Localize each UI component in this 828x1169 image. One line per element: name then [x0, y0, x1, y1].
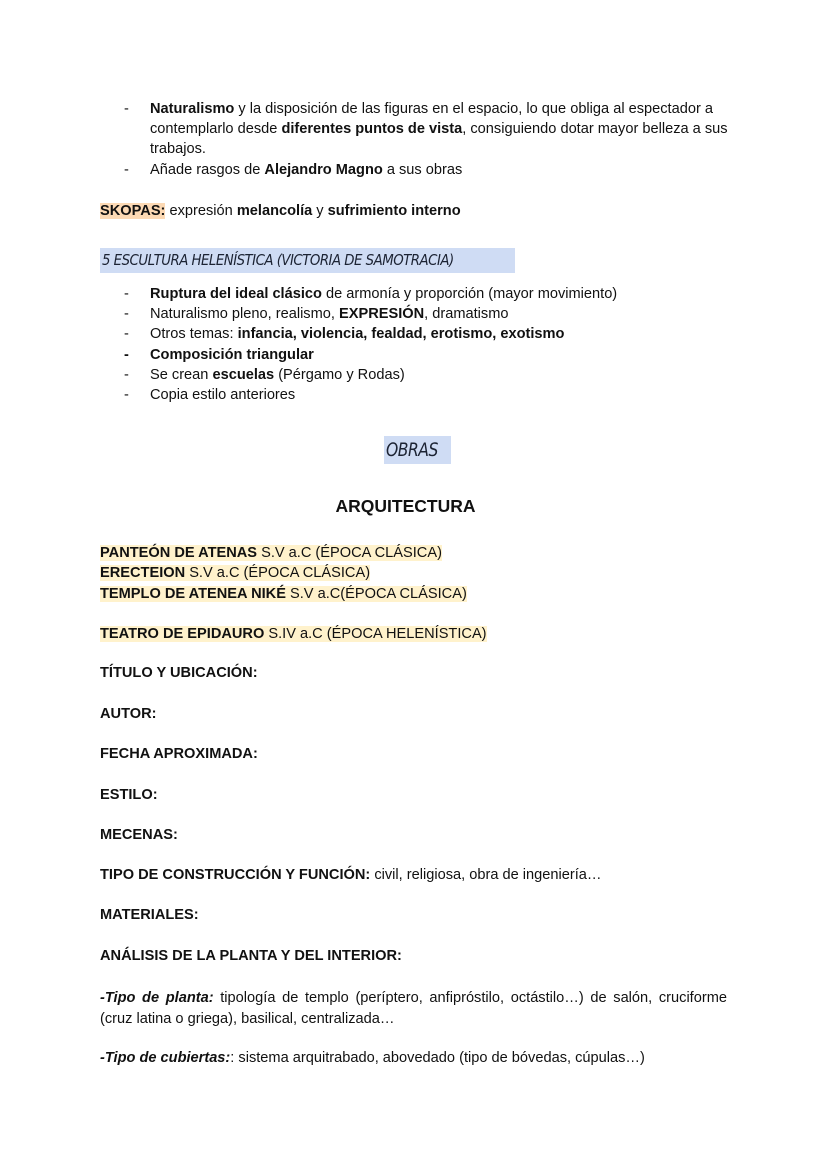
skopas-line: SKOPAS: expresión melancolía y sufrimien… [100, 201, 461, 221]
obras-title: OBRAS [384, 436, 451, 464]
section5-bullet-list: -Ruptura del ideal clásico de armonía y … [124, 284, 734, 405]
field-tipo-construccion: TIPO DE CONSTRUCCIÓN Y FUNCIÓN: civil, r… [100, 867, 601, 883]
tipo-cubiertas-paragraph: -Tipo de cubiertas:: sistema arquitrabad… [100, 1048, 727, 1069]
document-page: -Naturalismo y la disposición de las fig… [0, 0, 828, 1169]
section-heading-5: 5 ESCULTURA HELENÍSTICA (VICTORIA DE SAM… [100, 248, 515, 272]
work-entry: ERECTEION S.V a.C (ÉPOCA CLÁSICA) [100, 563, 370, 583]
skopas-label: SKOPAS: [100, 203, 165, 219]
work-entry: PANTEÓN DE ATENAS S.V a.C (ÉPOCA CLÁSICA… [100, 543, 442, 563]
work-entry: TEATRO DE EPIDAURO S.IV a.C (ÉPOCA HELEN… [100, 624, 487, 644]
field-estilo: ESTILO: [100, 787, 158, 803]
bullet-dash: - [124, 324, 129, 344]
top-bullet-list: -Naturalismo y la disposición de las fig… [124, 99, 734, 180]
tipo-cubiertas-label: -Tipo de cubiertas: [100, 1050, 230, 1066]
bullet-dash: - [124, 365, 129, 385]
list-item: -Naturalismo y la disposición de las fig… [124, 99, 734, 160]
list-item: -Composición triangular [124, 345, 734, 365]
field-analisis: ANÁLISIS DE LA PLANTA Y DEL INTERIOR: [100, 948, 402, 964]
list-item: -Se crean escuelas (Pérgamo y Rodas) [124, 365, 734, 385]
field-materiales: MATERIALES: [100, 907, 199, 923]
tipo-planta-paragraph: -Tipo de planta: tipología de templo (pe… [100, 988, 727, 1029]
list-item: -Otros temas: infancia, violencia, feald… [124, 324, 734, 344]
skopas-text: expresión [165, 203, 236, 219]
skopas-bold-1: melancolía [237, 203, 312, 219]
bullet-dash: - [124, 284, 129, 304]
list-item: -Añade rasgos de Alejandro Magno a sus o… [124, 160, 734, 180]
field-fecha: FECHA APROXIMADA: [100, 746, 258, 762]
tipo-cubiertas-text: : sistema arquitrabado, abovedado (tipo … [230, 1050, 645, 1066]
list-item: -Naturalismo pleno, realismo, EXPRESIÓN,… [124, 304, 734, 324]
work-entry: TEMPLO DE ATENEA NIKÉ S.V a.C(ÉPOCA CLÁS… [100, 584, 467, 604]
bullet-dash: - [124, 304, 129, 324]
section-heading-text: 5 ESCULTURA HELENÍSTICA (VICTORIA DE SAM… [102, 248, 454, 272]
bullet-dash: - [124, 385, 129, 405]
bullet-dash: - [124, 160, 129, 180]
skopas-bold-2: sufrimiento interno [328, 203, 461, 219]
obras-title-text: OBRAS [386, 436, 438, 464]
bullet-dash: - [124, 345, 129, 365]
bullet-dash: - [124, 99, 129, 119]
field-titulo: TÍTULO Y UBICACIÓN: [100, 665, 258, 681]
list-item: -Copia estilo anteriores [124, 385, 734, 405]
field-mecenas: MECENAS: [100, 827, 178, 843]
list-item: -Ruptura del ideal clásico de armonía y … [124, 284, 734, 304]
arquitectura-title: ARQUITECTURA [0, 496, 811, 517]
tipo-planta-label: -Tipo de planta: [100, 990, 214, 1006]
field-autor: AUTOR: [100, 706, 156, 722]
skopas-text-2: y [312, 203, 327, 219]
